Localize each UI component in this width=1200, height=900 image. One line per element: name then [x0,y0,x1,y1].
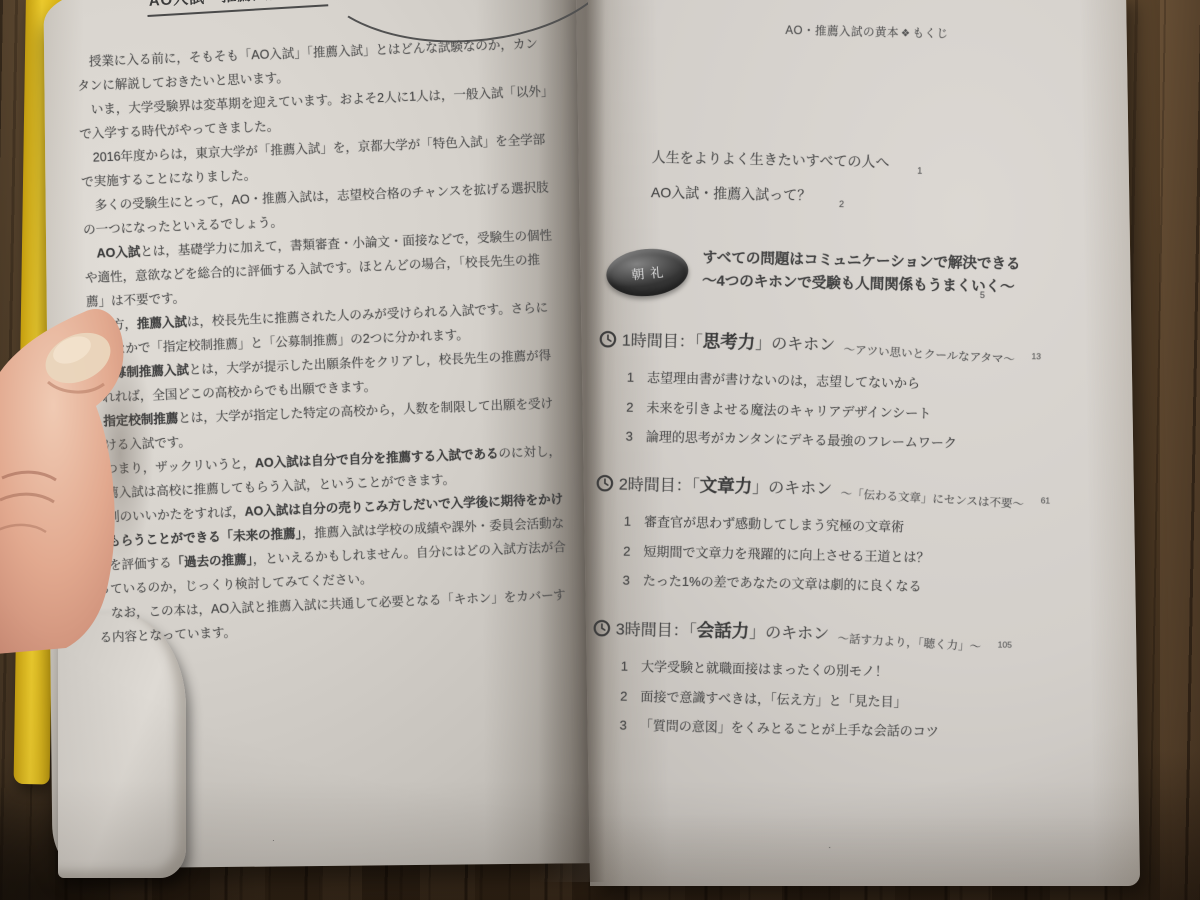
toc-section-2: 2時間目：「文章力」のキホン～「伝わる文章」にセンスは不要～61 1審査官が思わ… [594,470,1126,606]
clock-icon [593,619,611,637]
toc-section-1: 1時間目：「思考力」のキホン～アツい思いとクールなアタマ～13 1志望理由書が書… [597,326,1129,462]
page-number: 2 [839,199,844,209]
page-number: 1 [917,166,922,176]
morning-assembly-section: 朝礼 すべての問題はコミュニケーションで解決できる ～4つのキホンで受験も人間関… [606,240,1027,319]
chapter-title: AO入試・推薦入試 [146,0,328,17]
section-heading: 2時間目：「文章力」のキホン～「伝わる文章」にセンスは不要～61 [596,470,1126,506]
diamond-ornament-icon: ❖ [901,28,911,39]
thumb [0,282,146,654]
toc-entry: AO入試・推薦入試って？2 [651,182,845,206]
section-items: 1志望理由書が書けないのは，志望してないから 2未来を引きよせる魔法のキャリアデ… [597,362,1129,462]
section-items: 1大学受験と就職面接はまったくの別モノ！ 2面接で意識すべきは，「伝え方」と「見… [591,651,1123,751]
page-number: 5 [980,290,985,300]
chourei-badge: 朝礼 [604,246,690,300]
page-number: 61 [1041,495,1051,505]
page-number-mark: · [828,843,831,852]
book-photo: AO入試・推薦入試 授業に入る前に，そもそも「AO入試」「推薦入試」とはどんな試… [0,0,1200,900]
section-heading: 1時間目：「思考力」のキホン～アツい思いとクールなアタマ～13 [599,326,1129,362]
clock-icon [599,330,617,348]
clock-icon [596,474,614,492]
page-number-mark: · [272,836,275,845]
section-heading: 3時間目：「会話力」のキホン～話す力より，「聴く力」～105 [593,615,1123,651]
section-items: 1審査官が思わず感動してしまう究極の文章術 2短期間で文章力を飛躍的に向上させる… [594,506,1126,606]
toc-section-3: 3時間目：「会話力」のキホン～話す力より，「聴く力」～105 1大学受験と就職面… [591,615,1123,751]
right-page-content: AO・推薦入試の黄本❖もくじ 人生をよりよく生きたいすべての人へ1 AO入試・推… [582,0,1140,881]
morning-title-line2: ～4つのキホンで受験も人間関係もうまくいく～ [702,269,1015,297]
page-number: 105 [998,639,1012,649]
toc-entry: 人生をよりよく生きたいすべての人へ1 [652,147,923,173]
running-header: AO・推薦入試の黄本❖もくじ [785,22,948,41]
page-number: 13 [1031,351,1041,361]
